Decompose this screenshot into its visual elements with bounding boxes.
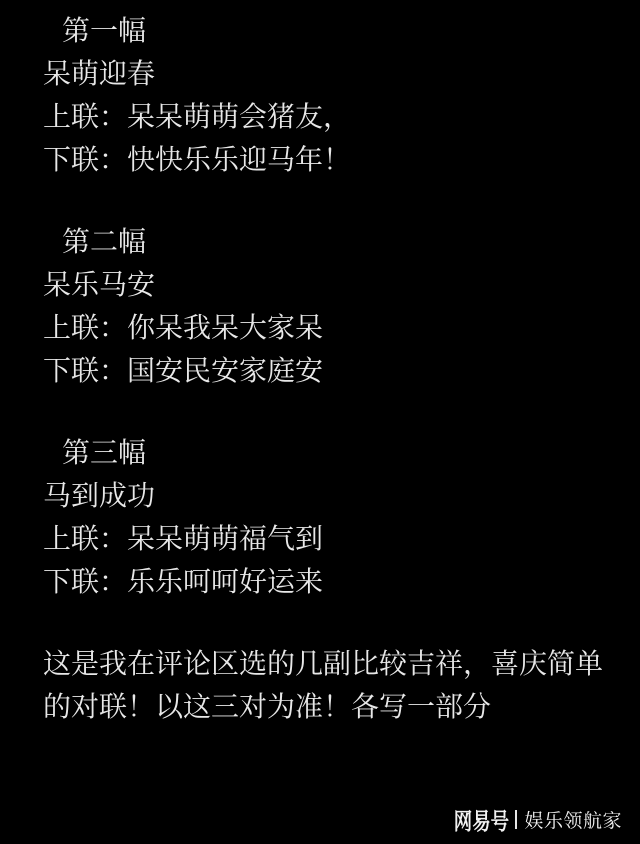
couplet-title: 第一幅 [43,9,640,52]
author-note: 这是我在评论区选的几副比较吉祥，喜庆简单 的对联！以这三对为准！各写一部分 [43,642,640,728]
couplet-section-2: 第二幅 呆乐马安 上联：你呆我呆大家呆 下联：国安民安家庭安 [43,220,640,392]
upper-couplet-line: 上联：你呆我呆大家呆 [43,306,640,349]
upper-couplet-line: 上联：呆呆萌萌福气到 [43,517,640,560]
lower-couplet-line: 下联：乐乐呵呵好运来 [43,560,640,603]
lower-couplet-line: 下联：快快乐乐迎马年！ [43,138,640,181]
note-line: 这是我在评论区选的几副比较吉祥，喜庆简单 [43,642,640,685]
post-image: 第一幅 呆萌迎春 上联：呆呆萌萌会猪友， 下联：快快乐乐迎马年！ 第二幅 呆乐马… [0,0,640,844]
couplet-section-3: 第三幅 马到成功 上联：呆呆萌萌福气到 下联：乐乐呵呵好运来 [43,431,640,603]
couplet-title: 第三幅 [43,431,640,474]
couplet-banner: 马到成功 [43,474,640,517]
couplet-banner: 呆乐马安 [43,263,640,306]
couplet-title: 第二幅 [43,220,640,263]
section-gap [43,392,640,431]
section-gap [43,603,640,642]
watermark-account-name: 娱乐领航家 [524,806,622,833]
couplet-banner: 呆萌迎春 [43,52,640,95]
note-line: 的对联！以这三对为准！各写一部分 [43,685,640,728]
vertical-bar-icon [515,810,517,829]
section-gap [43,181,640,220]
couplet-text-content: 第一幅 呆萌迎春 上联：呆呆萌萌会猪友， 下联：快快乐乐迎马年！ 第二幅 呆乐马… [0,0,640,728]
netease-logo: 网易号 [454,803,509,836]
couplet-section-1: 第一幅 呆萌迎春 上联：呆呆萌萌会猪友， 下联：快快乐乐迎马年！ [43,9,640,181]
lower-couplet-line: 下联：国安民安家庭安 [43,349,640,392]
upper-couplet-line: 上联：呆呆萌萌会猪友， [43,95,640,138]
netease-watermark: 网易号 娱乐领航家 [440,803,622,836]
